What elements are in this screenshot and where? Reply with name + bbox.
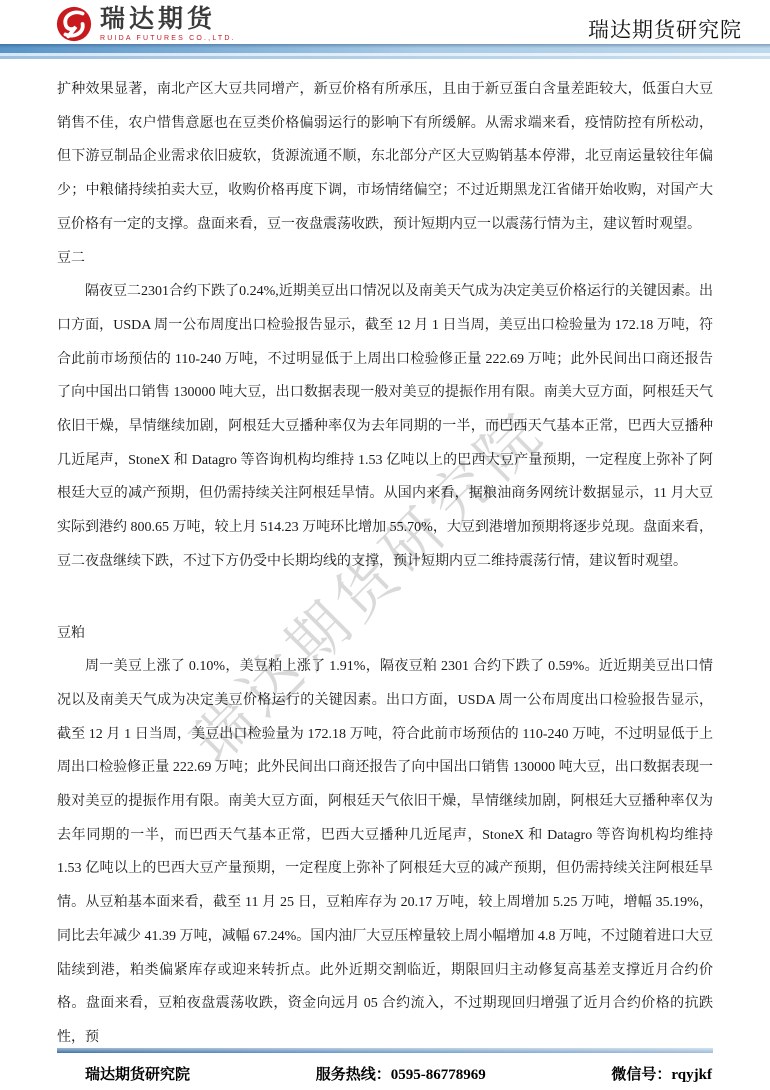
header-rule-bar [0, 44, 770, 59]
logo-brand-name: 瑞达期货 [100, 7, 236, 32]
footer-wechat: 微信号：rqyjkf [611, 1063, 712, 1084]
report-page: 瑞达期货 RUIDA FUTURES CO.,LTD. 瑞达期货研究院 瑞达期货… [0, 0, 770, 1090]
paragraph-doupo: 周一美豆上涨了 0.10%，美豆粕上涨了 1.91%，隔夜豆粕 2301 合约下… [57, 650, 713, 1054]
paragraph-douyi-continuation: 扩种效果显著，南北产区大豆共同增产，新豆价格有所承压，且由于新豆蛋白含量差距较大… [57, 73, 713, 242]
page-header: 瑞达期货 RUIDA FUTURES CO.,LTD. 瑞达期货研究院 [0, 0, 770, 44]
footer-org-name: 瑞达期货研究院 [85, 1063, 190, 1084]
company-logo: 瑞达期货 RUIDA FUTURES CO.,LTD. [55, 5, 236, 43]
footer-rule-bar [57, 1048, 713, 1053]
logo-subtitle: RUIDA FUTURES CO.,LTD. [100, 35, 236, 42]
paragraph-douer: 隔夜豆二2301合约下跌了0.24%,近期美豆出口情况以及南美天气成为决定美豆价… [57, 275, 713, 578]
logo-text: 瑞达期货 RUIDA FUTURES CO.,LTD. [100, 7, 236, 42]
report-body: 扩种效果显著，南北产区大豆共同增产，新豆价格有所承压，且由于新豆蛋白含量差距较大… [0, 59, 770, 1055]
header-rule-band-main [0, 44, 770, 53]
footer-hotline: 服务热线：0595-86778969 [316, 1063, 486, 1084]
ruida-emblem-icon [55, 5, 93, 43]
section-title-douer: 豆二 [57, 242, 713, 276]
header-institute-title: 瑞达期货研究院 [588, 14, 742, 44]
page-footer: 瑞达期货研究院 服务热线：0595-86778969 微信号：rqyjkf [0, 1063, 770, 1084]
section-title-doupo: 豆粕 [57, 617, 713, 651]
